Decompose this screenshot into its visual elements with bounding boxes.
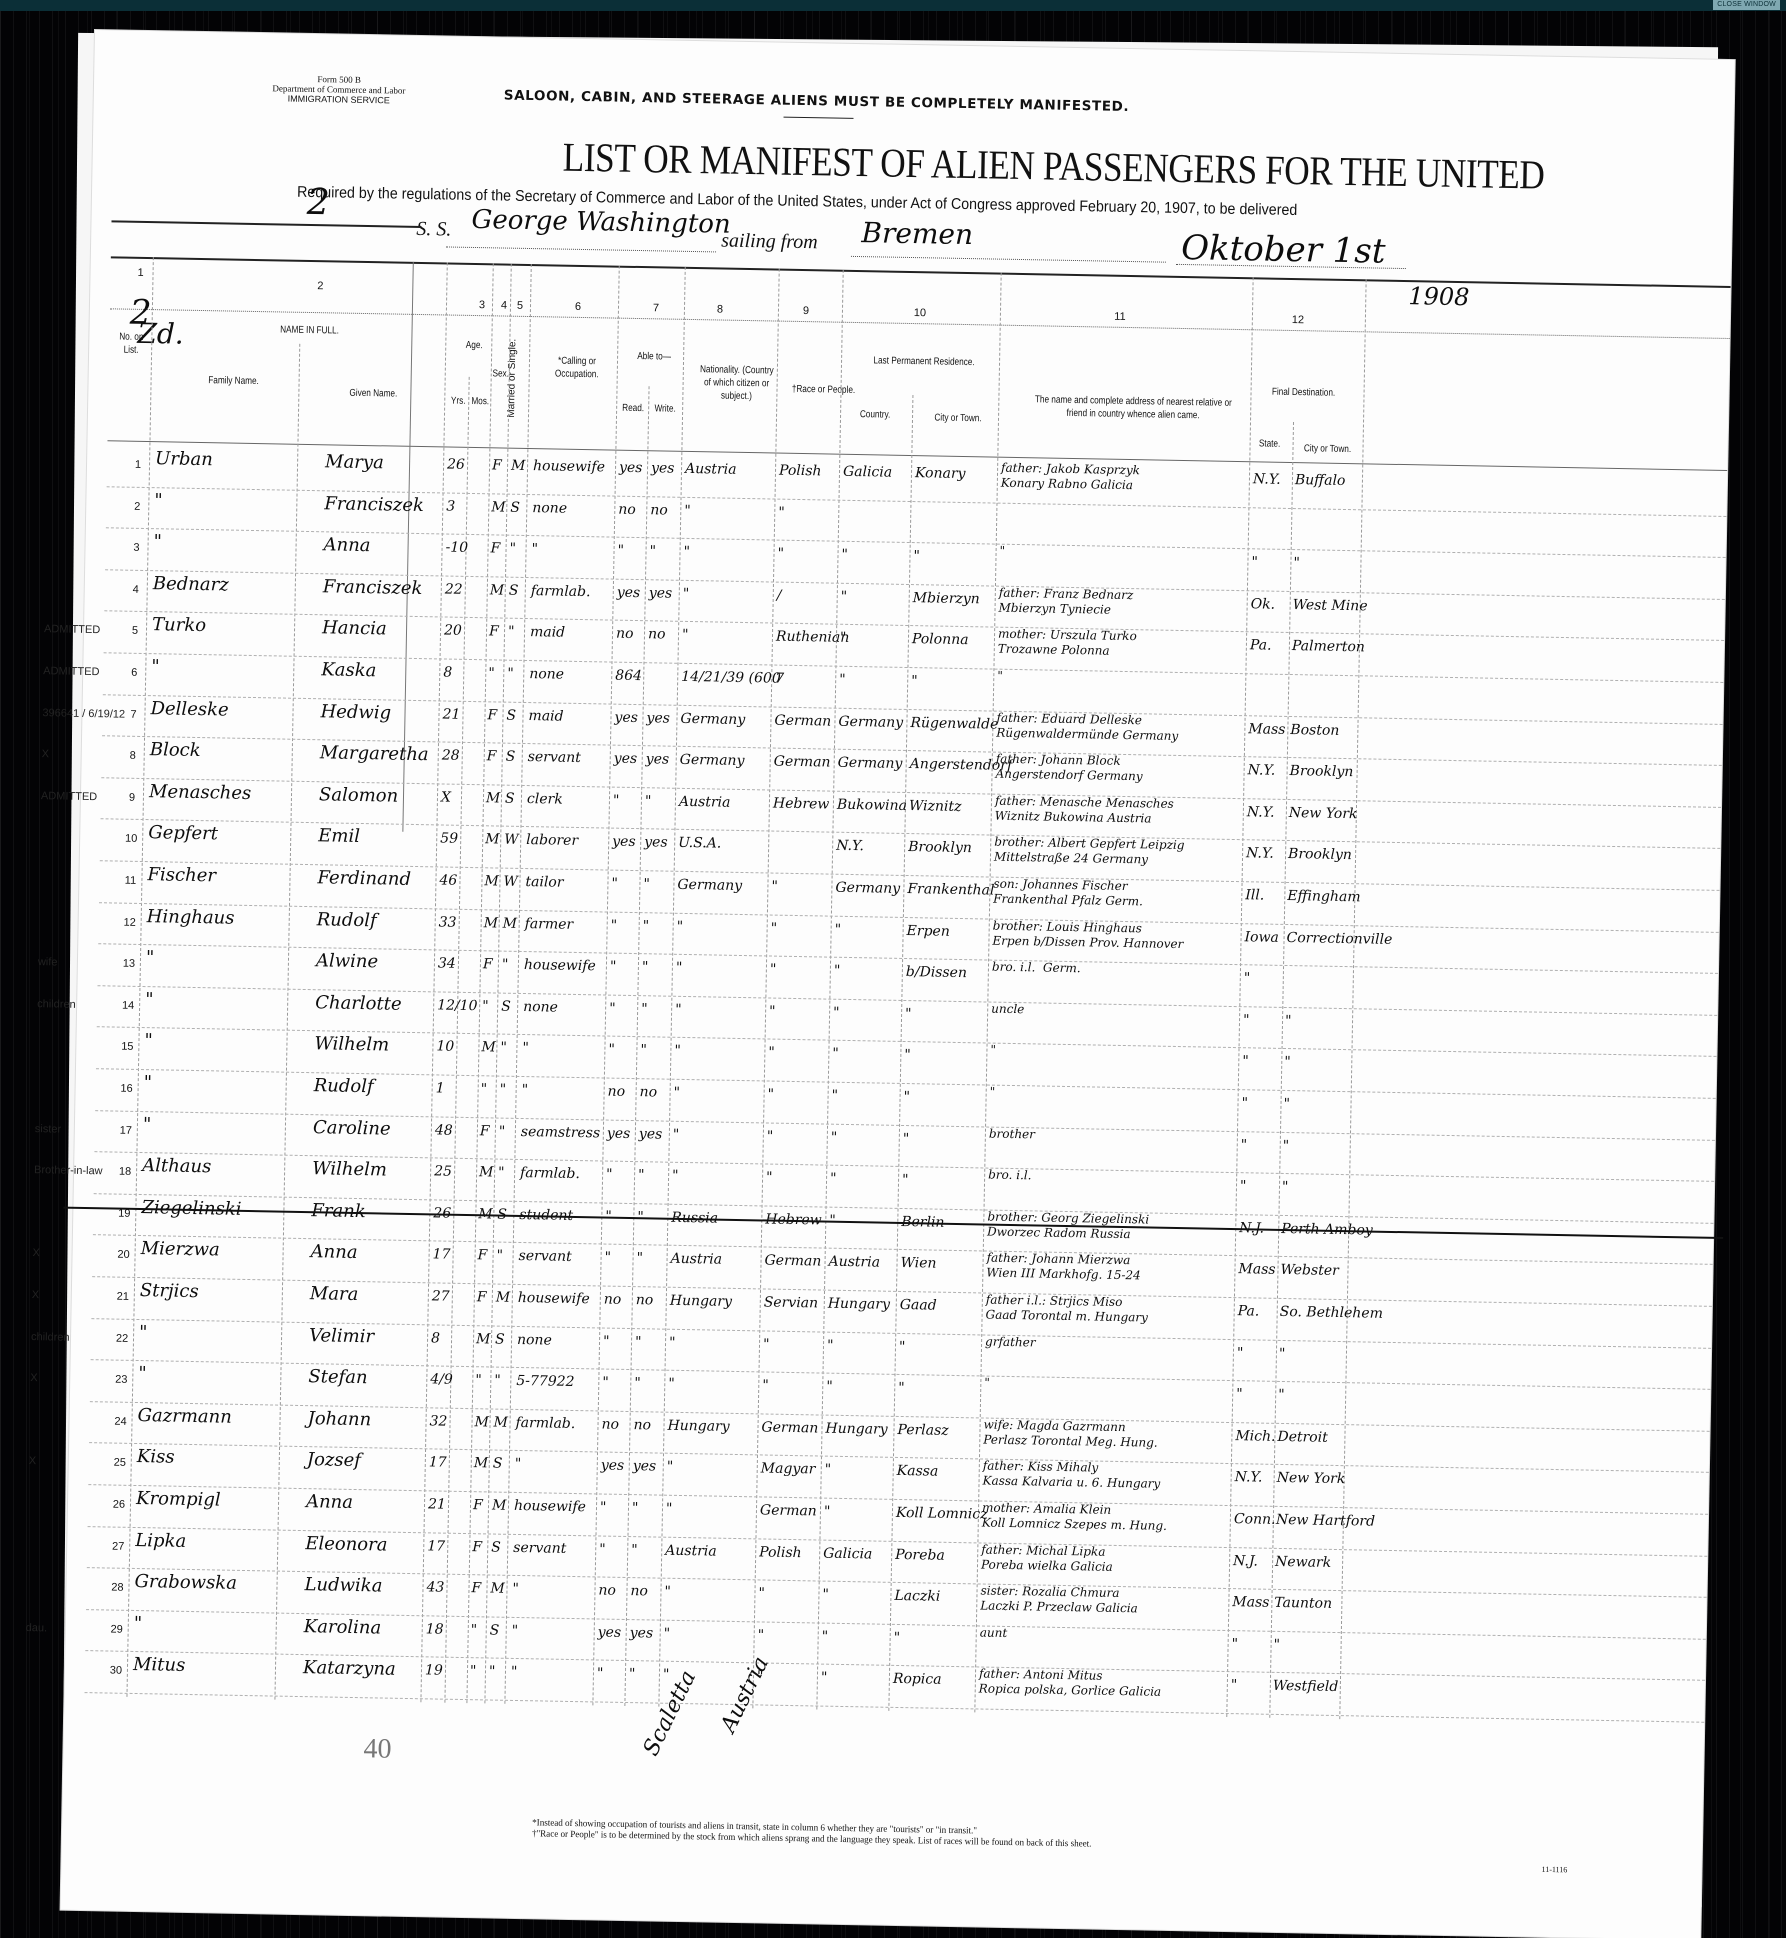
residence-city: " xyxy=(911,671,918,691)
nationality: " xyxy=(673,1124,680,1144)
family-name: " xyxy=(154,491,163,511)
family-name: Strjics xyxy=(140,1281,199,1302)
destination-state: " xyxy=(1244,968,1251,988)
race: " xyxy=(778,502,785,522)
row-number: 6 xyxy=(123,667,145,679)
row-number: 3 xyxy=(125,542,147,554)
destination-city: Brooklyn xyxy=(1288,844,1352,865)
family-name: Delleske xyxy=(150,699,228,720)
residence-city: " xyxy=(899,1337,906,1357)
destination-state: N.J. xyxy=(1239,1218,1264,1238)
residence-country: " xyxy=(832,1044,839,1064)
occupation: " xyxy=(531,539,538,559)
occupation: " xyxy=(521,1080,528,1100)
can-read: no xyxy=(604,1290,622,1310)
age: 26 xyxy=(433,1203,451,1223)
family-name: " xyxy=(153,532,162,552)
banner-text: SALOON, CABIN, AND STEERAGE ALIENS MUST … xyxy=(504,88,1130,115)
occupation: none xyxy=(523,997,558,1018)
occupation: 5-77922 xyxy=(516,1371,575,1392)
row-number: 28 xyxy=(106,1582,128,1594)
residence-country: " xyxy=(826,1377,833,1397)
can-write: " xyxy=(635,1332,642,1352)
sex: F xyxy=(471,1578,481,1598)
given-name: Anna xyxy=(310,1243,357,1264)
race: " xyxy=(770,960,777,980)
sailing-label: sailing from xyxy=(721,230,818,255)
header-yrs: Yrs. xyxy=(448,395,468,408)
age: -10 xyxy=(445,538,468,558)
header-able-to: Able to— xyxy=(625,350,683,364)
nationality: Austria xyxy=(685,459,737,480)
occupation: " xyxy=(512,1579,519,1599)
header-race: †Race or People. xyxy=(787,383,861,397)
header-age: Age. xyxy=(458,339,491,353)
age: 8 xyxy=(443,662,452,682)
margin-annotation: wife xyxy=(38,956,58,968)
nearest-relative: " xyxy=(984,1376,990,1391)
race: Polish xyxy=(759,1542,802,1563)
given-name: Katarzyna xyxy=(303,1658,396,1680)
nearest-relative: uncle xyxy=(991,1001,1024,1017)
family-name: Bednarz xyxy=(153,574,229,595)
race: " xyxy=(770,918,777,938)
marital-status: M xyxy=(511,456,526,476)
destination-city: Effingham xyxy=(1287,886,1361,907)
given-name: Karolina xyxy=(304,1617,382,1638)
can-read: " xyxy=(602,1373,609,1393)
destination-city: Correctionville xyxy=(1286,928,1392,950)
marital-status: M xyxy=(490,1579,505,1599)
header-given-name: Given Name. xyxy=(324,386,423,401)
can-read: " xyxy=(606,1165,613,1185)
family-name: " xyxy=(151,657,160,677)
age: 43 xyxy=(426,1578,444,1598)
destination-state: Mich. xyxy=(1235,1426,1275,1447)
occupation: none xyxy=(529,664,564,685)
given-name: Hedwig xyxy=(320,702,391,723)
destination-state: " xyxy=(1241,1093,1248,1113)
family-name: Ziegelinski xyxy=(141,1198,241,1220)
row-number: 25 xyxy=(109,1457,131,1469)
residence-city: " xyxy=(913,546,920,566)
destination-state: N.Y. xyxy=(1247,760,1275,781)
residence-country: " xyxy=(841,587,848,607)
occupation: maid xyxy=(528,706,563,727)
age: 25 xyxy=(434,1162,452,1182)
race: Hebrew xyxy=(773,793,830,814)
margin-annotation: X xyxy=(42,748,50,760)
sex: " xyxy=(475,1370,482,1390)
nationality: Russia xyxy=(671,1208,718,1229)
nearest-relative: wife: Magda Gazrmann Perlasz Torontal Me… xyxy=(983,1417,1158,1450)
family-name: Lipka xyxy=(135,1531,186,1552)
marital-status: S xyxy=(506,705,516,725)
ship-line: S. S. xyxy=(416,218,451,242)
col-num-2: 2 xyxy=(310,280,330,292)
family-name: Gepfert xyxy=(148,824,218,845)
sex: F xyxy=(492,455,502,475)
header-final-destination: Final Destination. xyxy=(1267,386,1341,400)
margin-annotation: X xyxy=(32,1289,40,1301)
close-window-button[interactable]: CLOSE WINDOW xyxy=(1713,0,1780,10)
residence-country: Austria xyxy=(828,1252,880,1273)
can-read: yes xyxy=(601,1456,625,1476)
marital-status: " xyxy=(500,1038,507,1058)
residence-city: Kassa xyxy=(897,1461,939,1482)
occupation: seamstress xyxy=(521,1122,601,1143)
given-name: Caroline xyxy=(313,1118,391,1139)
row-number: 23 xyxy=(110,1374,132,1386)
marital-status: " xyxy=(508,622,515,642)
residence-city: Laczki xyxy=(894,1586,940,1607)
nearest-relative: bro. i.l. Germ. xyxy=(992,960,1081,977)
nationality: " xyxy=(675,1000,682,1020)
residence-country: " xyxy=(839,670,846,690)
header-write: Write. xyxy=(651,402,679,416)
residence-country: " xyxy=(834,919,841,939)
departure-port: Bremen xyxy=(861,216,973,251)
header-country: Country. xyxy=(846,408,904,422)
residence-country: Galicia xyxy=(823,1543,873,1564)
residence-country: Bukowina xyxy=(837,795,907,816)
given-name: Johann xyxy=(307,1409,371,1430)
age: 32 xyxy=(429,1411,447,1431)
marital-status: W xyxy=(503,872,518,892)
age: 4/9 xyxy=(430,1370,453,1390)
can-write: yes xyxy=(651,458,675,478)
residence-country: " xyxy=(829,1210,836,1230)
family-name: " xyxy=(145,990,154,1010)
nationality: " xyxy=(676,916,683,936)
family-name: " xyxy=(143,1115,152,1135)
residence-country: " xyxy=(830,1169,837,1189)
residence-city: " xyxy=(905,1004,912,1024)
race: " xyxy=(767,1126,774,1146)
nearest-relative: father: Franz Bednarz Mbierzyn Tyniecie xyxy=(998,585,1133,617)
can-read: no xyxy=(607,1082,625,1102)
residence-city: Koll Lomnicz xyxy=(896,1503,988,1525)
nationality: " xyxy=(673,1083,680,1103)
nationality: 14/21/39 (600 xyxy=(681,667,781,689)
can-read: no xyxy=(616,624,634,644)
age: 3 xyxy=(446,496,455,516)
can-read: no xyxy=(618,499,636,519)
marital-status: " xyxy=(502,955,509,975)
can-read: yes xyxy=(614,707,638,727)
margin-annotation: ADMITTED xyxy=(43,665,99,678)
sex: F xyxy=(472,1537,482,1557)
age: 33 xyxy=(439,912,457,932)
residence-country: Germany xyxy=(835,878,900,899)
occupation: farmlab. xyxy=(515,1413,575,1434)
nationality: " xyxy=(666,1499,673,1519)
nationality: " xyxy=(663,1665,670,1685)
nationality: U.S.A. xyxy=(678,833,721,854)
residence-city: Ropica xyxy=(893,1669,942,1690)
header-dest-city: City or Town. xyxy=(1299,442,1357,456)
given-name: Charlotte xyxy=(315,993,402,1015)
age: 17 xyxy=(432,1245,450,1265)
margin-annotation: ADMITTED xyxy=(44,624,100,637)
col-num-6: 6 xyxy=(568,301,588,313)
destination-state: Mass xyxy=(1248,719,1285,740)
race: German xyxy=(761,1417,818,1438)
nationality: " xyxy=(669,1332,676,1352)
can-read: yes xyxy=(607,1123,631,1143)
destination-city: " xyxy=(1284,1052,1291,1072)
residence-country: " xyxy=(831,1127,838,1147)
col-num-10: 10 xyxy=(910,307,930,319)
residence-country: " xyxy=(841,545,848,565)
given-name: Jozsef xyxy=(307,1451,361,1472)
header-nationality: Nationality. (Country of which citizen o… xyxy=(695,363,778,403)
family-name: Kiss xyxy=(137,1447,175,1468)
family-name: Gazrmann xyxy=(137,1406,232,1428)
given-name: Alwine xyxy=(316,951,379,972)
given-name: Margaretha xyxy=(320,743,429,765)
race: " xyxy=(769,1001,776,1021)
marital-status: S xyxy=(495,1329,505,1349)
occupation: servant xyxy=(513,1538,566,1559)
page-stamp: 40 xyxy=(363,1733,392,1766)
residence-country: " xyxy=(824,1502,831,1522)
nearest-relative: mother: Amalia Klein Koll Lomnicz Szepes… xyxy=(982,1501,1168,1534)
given-name: Wilhelm xyxy=(314,1035,389,1056)
nationality: " xyxy=(668,1374,675,1394)
destination-city: Taunton xyxy=(1274,1593,1332,1614)
can-write: " xyxy=(632,1498,639,1518)
can-write: no xyxy=(648,625,666,645)
can-read: no xyxy=(598,1581,616,1601)
race: " xyxy=(777,544,784,564)
nearest-relative: aunt xyxy=(980,1625,1008,1641)
occupation: farmlab. xyxy=(531,581,591,602)
sex: F xyxy=(483,954,493,974)
can-write: yes xyxy=(646,749,670,769)
sex: M xyxy=(490,580,505,600)
can-write: no xyxy=(650,500,668,520)
destination-state: N.Y. xyxy=(1253,469,1281,490)
header-name-in-full: NAME IN FULL. xyxy=(252,323,367,338)
col-num-1: 1 xyxy=(130,267,150,279)
age: 17 xyxy=(429,1453,447,1473)
can-read: " xyxy=(599,1539,606,1559)
residence-city: Erpen xyxy=(906,921,950,942)
can-read: yes xyxy=(614,749,638,769)
residence-city: " xyxy=(903,1129,910,1149)
destination-state: " xyxy=(1243,1010,1250,1030)
row-number: 14 xyxy=(117,999,139,1011)
sex: F xyxy=(490,539,500,559)
manifest-sheet: Form 500 B Department of Commerce and La… xyxy=(61,30,1735,1938)
residence-city: " xyxy=(898,1378,905,1398)
sex: M xyxy=(479,1162,494,1182)
sex: " xyxy=(480,1079,487,1099)
age: X xyxy=(441,787,451,807)
marital-status: " xyxy=(494,1371,501,1391)
destination-city: Palmerton xyxy=(1292,636,1365,657)
destination-state: " xyxy=(1242,1052,1249,1072)
can-write: " xyxy=(638,1165,645,1185)
occupation: " xyxy=(512,1621,519,1641)
nationality: " xyxy=(667,1457,674,1477)
sex: M xyxy=(474,1412,489,1432)
race: " xyxy=(771,877,778,897)
nearest-relative: father: Menasche Menasches Wiznitz Bukow… xyxy=(995,793,1174,826)
given-name: Marya xyxy=(325,452,384,473)
can-write: yes xyxy=(646,708,670,728)
race: / xyxy=(777,585,782,605)
residence-country: " xyxy=(831,1086,838,1106)
col-num-9: 9 xyxy=(796,305,816,317)
nationality: " xyxy=(684,500,691,520)
family-name: " xyxy=(146,948,155,968)
residence-city: Polonna xyxy=(912,629,969,650)
destination-state: " xyxy=(1240,1176,1247,1196)
header-read: Read. xyxy=(619,402,647,416)
age: 1 xyxy=(435,1078,444,1098)
can-write: yes xyxy=(630,1623,654,1643)
row-number: 30 xyxy=(105,1665,127,1677)
marital-status: S xyxy=(505,788,515,808)
can-read: yes xyxy=(598,1622,622,1642)
marital-status: " xyxy=(496,1246,503,1266)
marital-status: " xyxy=(507,664,514,684)
nationality: " xyxy=(676,958,683,978)
destination-city: Buffalo xyxy=(1295,470,1346,491)
can-read: " xyxy=(613,790,620,810)
can-read: " xyxy=(603,1331,610,1351)
destination-city: Westfield xyxy=(1273,1676,1339,1697)
sex: M xyxy=(481,1038,496,1058)
can-write: yes xyxy=(633,1456,657,1476)
residence-city: Wiznitz xyxy=(909,796,962,817)
nationality: " xyxy=(672,1166,679,1186)
occupation: student xyxy=(519,1205,573,1226)
row-number: 2 xyxy=(126,500,148,512)
age: 21 xyxy=(428,1494,446,1514)
header-state: State. xyxy=(1253,437,1286,451)
can-read: yes xyxy=(617,582,641,602)
nearest-relative: " xyxy=(997,669,1003,684)
row-number: 16 xyxy=(115,1083,137,1095)
row-number: 22 xyxy=(111,1332,133,1344)
residence-country: Hungary xyxy=(825,1418,888,1439)
can-write: " xyxy=(640,1041,647,1061)
destination-state: " xyxy=(1236,1384,1243,1404)
nearest-relative: father: Johann Mierzwa Wien III Markhofg… xyxy=(986,1251,1141,1284)
nearest-relative: father: Kiss Mihaly Kassa Kalvaria u. 6.… xyxy=(982,1459,1160,1492)
family-name: Krompigl xyxy=(136,1489,221,1511)
row-number: 7 xyxy=(122,708,144,720)
age: 28 xyxy=(442,746,460,766)
race: German xyxy=(774,710,831,731)
list-number-margin: 2 xyxy=(129,293,151,333)
occupation: servant xyxy=(518,1246,571,1267)
marital-status: M xyxy=(496,1288,511,1308)
given-name: Stefan xyxy=(308,1367,368,1388)
row-number: 5 xyxy=(124,625,146,637)
margin-annotation: 396641 / 6/19/12 xyxy=(42,707,125,721)
can-read: " xyxy=(605,1206,612,1226)
race: Ruthenian xyxy=(776,627,850,648)
residence-city: Gaad xyxy=(900,1295,937,1316)
residence-city: Perlasz xyxy=(897,1420,949,1441)
race: " xyxy=(763,1334,770,1354)
nationality: Hungary xyxy=(667,1416,730,1437)
row-number: 11 xyxy=(119,875,141,887)
residence-city: Brooklyn xyxy=(908,837,972,858)
occupation: maid xyxy=(530,622,565,643)
can-write: no xyxy=(633,1415,651,1435)
occupation: farmlab. xyxy=(520,1163,580,1184)
sex: F xyxy=(480,1121,490,1141)
row-number: 4 xyxy=(125,583,147,595)
age: 19 xyxy=(425,1661,443,1681)
title-divider xyxy=(784,117,854,119)
age: 8 xyxy=(431,1328,440,1348)
can-write: " xyxy=(637,1207,644,1227)
can-read: yes xyxy=(619,458,643,478)
race: German xyxy=(760,1500,817,1521)
nearest-relative: father: Michal Lipka Poreba wielka Galic… xyxy=(981,1542,1113,1574)
destination-city: West Mine xyxy=(1292,595,1367,616)
family-name: " xyxy=(134,1614,143,1634)
residence-country: N.Y. xyxy=(836,836,864,857)
residence-city: " xyxy=(904,1045,911,1065)
nationality: Germany xyxy=(680,750,745,771)
residence-country: " xyxy=(825,1460,832,1480)
margin-annotation: dau. xyxy=(26,1622,48,1634)
destination-city: So. Bethlehem xyxy=(1280,1302,1384,1324)
ship-name-line xyxy=(446,246,716,252)
header-occupation: *Calling or Occupation. xyxy=(544,354,610,381)
can-write: yes xyxy=(644,833,668,853)
age: 26 xyxy=(447,455,465,475)
family-name: " xyxy=(138,1364,147,1384)
given-name: Velimir xyxy=(309,1326,374,1347)
form-code: 11-1116 xyxy=(1541,1865,1567,1874)
destination-city: " xyxy=(1282,1177,1289,1197)
marital-status: S xyxy=(510,497,520,517)
residence-city: Poreba xyxy=(895,1545,945,1566)
destination-state: Ok. xyxy=(1250,594,1275,614)
sex: " xyxy=(470,1662,477,1682)
nearest-relative: father: Johann Block Angerstendorf Germa… xyxy=(995,752,1143,785)
family-name: " xyxy=(144,1073,153,1093)
row-number: 8 xyxy=(122,750,144,762)
residence-country: " xyxy=(833,1002,840,1022)
col-num-11: 11 xyxy=(1110,311,1130,323)
nearest-relative: father: Antoni Mitus Ropica polska, Gorl… xyxy=(979,1667,1162,1700)
race: Polish xyxy=(779,461,822,482)
given-name: Eleonora xyxy=(305,1534,388,1556)
nationality: " xyxy=(682,625,689,645)
race: " xyxy=(767,1085,774,1105)
sheet-number: 2 xyxy=(307,182,331,223)
row-number: 19 xyxy=(113,1207,135,1219)
residence-city: Rügenwalde xyxy=(910,713,998,735)
nearest-relative: grfather xyxy=(985,1334,1036,1350)
destination-city: Detroit xyxy=(1277,1427,1328,1448)
nationality: Germany xyxy=(680,708,745,729)
row-number: 17 xyxy=(115,1124,137,1136)
margin-annotation: ADMITTED xyxy=(41,790,97,803)
race: German xyxy=(774,752,831,773)
marital-status: S xyxy=(490,1620,500,1640)
given-name: Kaska xyxy=(321,660,376,681)
